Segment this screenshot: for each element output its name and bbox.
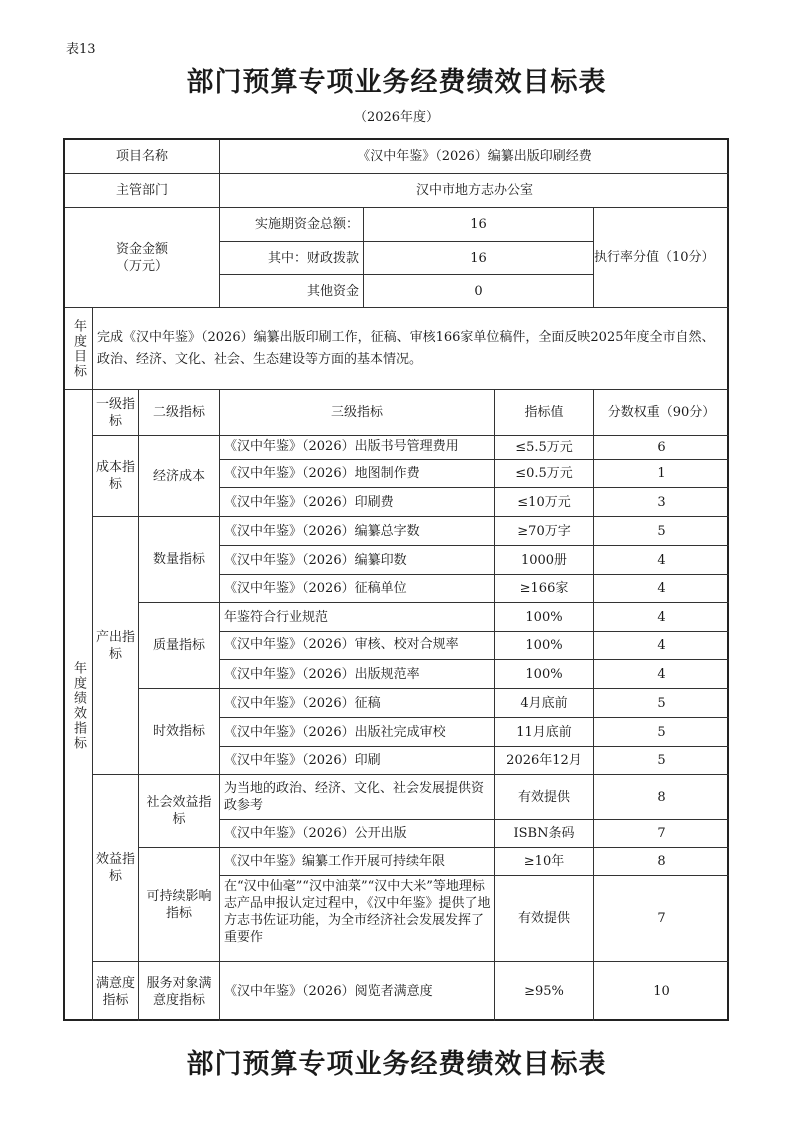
performance-table: 项目名称 《汉中年鉴》（2026）编纂出版印刷经费 主管部门 汉中市地方志办公室… [63, 138, 729, 1021]
page-title-repeat: 部门预算专项业务经费绩效目标表 [0, 1042, 793, 1081]
project-name-label: 项目名称 [65, 140, 220, 174]
indicator-name: 《汉中年鉴》（2026）征稿单位 [220, 575, 495, 603]
indicator-name: 在“汉中仙毫”“汉中油菜”“汉中大米”等地理标志产品申报认定过程中，《汉中年鉴》… [220, 876, 495, 962]
level1-benefit: 效益指标 [93, 775, 139, 962]
indicator-value: 100% [495, 660, 594, 689]
indicator-weight: 4 [594, 603, 729, 632]
indicator-name: 《汉中年鉴》（2026）印刷费 [220, 488, 495, 517]
indicator-name: 《汉中年鉴》（2026）公开出版 [220, 820, 495, 848]
indicator-value: 100% [495, 603, 594, 632]
indicator-name: 《汉中年鉴》（2026）阅览者满意度 [220, 962, 495, 1021]
indicator-weight: 4 [594, 546, 729, 575]
indicator-value: 11月底前 [495, 718, 594, 747]
indicator-value: ≥10年 [495, 848, 594, 876]
fiscal-year: （2026年度） [0, 106, 793, 125]
indicator-value: 100% [495, 632, 594, 660]
funds-total-value: 16 [364, 208, 594, 242]
indicator-weight: 5 [594, 747, 729, 775]
indicator-name: 《汉中年鉴》（2026）编纂印数 [220, 546, 495, 575]
annual-goal-label: 年度目标 [65, 308, 93, 390]
indicator-weight: 5 [594, 718, 729, 747]
annual-goal-text: 完成《汉中年鉴》（2026）编纂出版印刷工作，征稿、审核166家单位稿件，全面反… [93, 308, 729, 390]
header-weight: 分数权重（90分） [594, 390, 729, 436]
indicator-weight: 5 [594, 689, 729, 718]
header-value: 指标值 [495, 390, 594, 436]
indicator-weight: 4 [594, 632, 729, 660]
indicator-value: 有效提供 [495, 775, 594, 820]
table-number: 表13 [66, 38, 96, 57]
level2-quality: 质量指标 [139, 603, 220, 689]
funds-other-label: 其他资金 [220, 275, 364, 308]
level2-econ-cost: 经济成本 [139, 436, 220, 517]
funds-other-value: 0 [364, 275, 594, 308]
indicator-weight: 8 [594, 848, 729, 876]
dept-value: 汉中市地方志办公室 [220, 174, 729, 208]
indicator-value: ≤0.5万元 [495, 460, 594, 488]
indicator-value: ≥70万字 [495, 517, 594, 546]
indicator-weight: 10 [594, 962, 729, 1021]
project-name-value: 《汉中年鉴》（2026）编纂出版印刷经费 [220, 140, 729, 174]
indicator-name: 《汉中年鉴》（2026）审核、校对合规率 [220, 632, 495, 660]
level2-sustain: 可持续影响指标 [139, 848, 220, 962]
indicator-value: 有效提供 [495, 876, 594, 962]
indicator-name: 《汉中年鉴》（2026）出版规范率 [220, 660, 495, 689]
indicator-name: 《汉中年鉴》（2026）印刷 [220, 747, 495, 775]
indicator-name: 《汉中年鉴》（2026）编纂总字数 [220, 517, 495, 546]
indicator-value: ISBN条码 [495, 820, 594, 848]
funds-label: 资金金额 （万元） [65, 208, 220, 308]
funds-fiscal-value: 16 [364, 242, 594, 275]
indicator-weight: 7 [594, 876, 729, 962]
indicator-name: 年鉴符合行业规范 [220, 603, 495, 632]
page-title: 部门预算专项业务经费绩效目标表 [0, 60, 793, 99]
header-level2: 二级指标 [139, 390, 220, 436]
level2-quantity: 数量指标 [139, 517, 220, 603]
indicator-name: 《汉中年鉴》（2026）征稿 [220, 689, 495, 718]
funds-fiscal-label: 其中：财政拨款 [220, 242, 364, 275]
indicator-value: ≥95% [495, 962, 594, 1021]
indicator-weight: 4 [594, 575, 729, 603]
indicator-weight: 8 [594, 775, 729, 820]
indicator-value: ≤5.5万元 [495, 436, 594, 460]
level1-cost: 成本指标 [93, 436, 139, 517]
indicator-name: 《汉中年鉴》编纂工作开展可持续年限 [220, 848, 495, 876]
header-level1: 一级指标 [93, 390, 139, 436]
level2-service: 服务对象满意度指标 [139, 962, 220, 1021]
dept-label: 主管部门 [65, 174, 220, 208]
indicator-weight: 5 [594, 517, 729, 546]
indicator-value: 1000册 [495, 546, 594, 575]
indicator-name: 为当地的政治、经济、文化、社会发展提供资政参考 [220, 775, 495, 820]
indicator-value: 4月底前 [495, 689, 594, 718]
indicator-name: 《汉中年鉴》（2026）地图制作费 [220, 460, 495, 488]
indicator-name: 《汉中年鉴》（2026）出版书号管理费用 [220, 436, 495, 460]
indicator-weight: 6 [594, 436, 729, 460]
level2-timeliness: 时效指标 [139, 689, 220, 775]
indicator-value: 2026年12月 [495, 747, 594, 775]
level1-satisfaction: 满意度指标 [93, 962, 139, 1021]
indicator-value: ≤10万元 [495, 488, 594, 517]
indicator-weight: 3 [594, 488, 729, 517]
header-level3: 三级指标 [220, 390, 495, 436]
indicator-value: ≥166家 [495, 575, 594, 603]
indicator-weight: 7 [594, 820, 729, 848]
funds-total-label: 实施期资金总额： [220, 208, 364, 242]
exec-rate-label: 执行率分值（10分） [594, 208, 729, 308]
indicators-side-label: 年度绩效指标 [65, 390, 93, 1021]
indicator-weight: 1 [594, 460, 729, 488]
indicator-weight: 4 [594, 660, 729, 689]
level1-output: 产出指标 [93, 517, 139, 775]
level2-social: 社会效益指标 [139, 775, 220, 848]
indicator-name: 《汉中年鉴》（2026）出版社完成审校 [220, 718, 495, 747]
